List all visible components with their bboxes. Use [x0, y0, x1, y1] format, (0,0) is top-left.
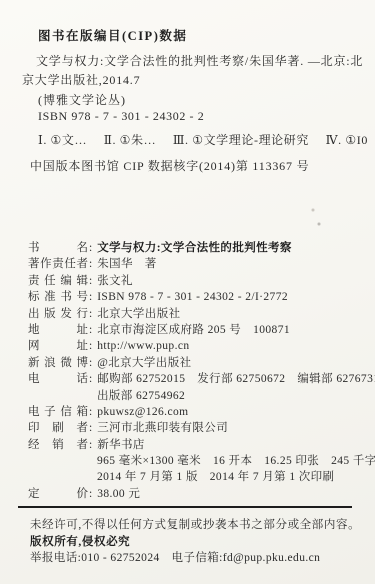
- footer-copyright-statement: 版权所有,侵权必究: [30, 533, 130, 549]
- detail-colon: :: [89, 256, 92, 272]
- detail-value: 北京大学出版社: [97, 308, 180, 320]
- detail-row-edition: 2014 年 7 月第 1 版 2014 年 7 月第 1 次印刷: [28, 469, 368, 485]
- detail-value: 新华书店: [97, 439, 145, 451]
- detail-value: 文学与权力:文学合法性的批判性考察: [97, 242, 292, 254]
- detail-row-distributor: 经销者:新华书店: [28, 437, 368, 453]
- cip-record-number: 中国版本图书馆 CIP 数据核字(2014)第 113367 号: [30, 157, 309, 174]
- cip-heading: 图书在版编目(CIP)数据: [38, 26, 187, 44]
- detail-label: 标准书号: [28, 289, 88, 305]
- detail-label: 电话: [28, 371, 88, 387]
- detail-value: 邮购部 62752015 发行部 62750672 编辑部 62767315: [97, 373, 375, 385]
- detail-colon: :: [89, 371, 92, 387]
- detail-row-publisher: 出版发行:北京大学出版社: [28, 306, 368, 322]
- copyright-page: 图书在版编目(CIP)数据 文学与权力:文学合法性的批判性考察/朱国华著. —北…: [0, 0, 375, 584]
- detail-value: 出版部 62754962: [97, 390, 185, 402]
- divider-rule: [18, 506, 352, 508]
- detail-value: ISBN 978 - 7 - 301 - 24302 - 2/I·2772: [97, 291, 288, 303]
- detail-colon: :: [89, 273, 92, 289]
- detail-row-phone-continued: 出版部 62754962: [28, 388, 368, 404]
- detail-value: 38.00 元: [97, 488, 140, 500]
- detail-value: 朱国华 著: [97, 258, 157, 270]
- detail-row-standard-isbn: 标准书号:ISBN 978 - 7 - 301 - 24302 - 2/I·27…: [28, 289, 368, 305]
- footer-permission-notice: 未经许可,不得以任何方式复制或抄袭本书之部分或全部内容。: [30, 516, 360, 532]
- detail-value: @北京大学出版社: [97, 357, 191, 369]
- detail-row-phone: 电话:邮购部 62752015 发行部 62750672 编辑部 6276731…: [28, 371, 368, 387]
- detail-label: 印刷者: [28, 420, 88, 436]
- detail-row-weibo: 新浪微博:@北京大学出版社: [28, 355, 368, 371]
- detail-label: 地址: [28, 322, 88, 338]
- detail-row-editor: 责任编辑:张文礼: [28, 273, 368, 289]
- cip-series-title: (博雅文学论丛): [38, 91, 126, 108]
- detail-label: 书名: [28, 240, 88, 256]
- cip-class-3: Ⅲ. ①文学理论-理论研究: [173, 133, 309, 147]
- detail-colon: :: [89, 486, 92, 502]
- detail-colon: :: [89, 306, 92, 322]
- cip-class-2: Ⅱ. ①朱…: [104, 133, 157, 147]
- detail-value: 张文礼: [97, 275, 133, 287]
- detail-label: 网址: [28, 338, 88, 354]
- detail-row-address: 地址:北京市海淀区成府路 205 号 100871: [28, 322, 368, 338]
- detail-row-author: 著作责任者:朱国华 著: [28, 256, 368, 272]
- detail-colon: :: [89, 289, 92, 305]
- detail-colon: :: [89, 355, 92, 371]
- detail-row-website: 网址:http://www.pup.cn: [28, 338, 368, 354]
- detail-label: 经销者: [28, 437, 88, 453]
- detail-colon: :: [89, 240, 92, 256]
- detail-row-email: 电子信箱:pkuwsz@126.com: [28, 404, 368, 420]
- detail-value: 2014 年 7 月第 1 版 2014 年 7 月第 1 次印刷: [97, 471, 334, 483]
- detail-colon: :: [89, 437, 92, 453]
- cip-class-4: Ⅳ. ①I0: [326, 133, 368, 147]
- detail-label: 出版发行: [28, 306, 88, 322]
- detail-value: 北京市海淀区成府路 205 号 100871: [97, 324, 290, 336]
- cip-classification: Ⅰ. ①文… Ⅱ. ①朱… Ⅲ. ①文学理论-理论研究 Ⅳ. ①I0: [38, 131, 368, 148]
- footer-report-contact: 举报电话:010 - 62752024 电子信箱:fd@pup.pku.edu.…: [30, 549, 320, 565]
- detail-row-format: 965 毫米×1300 毫米 16 开本 16.25 印张 245 千字: [28, 453, 368, 469]
- detail-colon: :: [89, 404, 92, 420]
- detail-colon: :: [89, 420, 92, 436]
- detail-label: 著作责任者: [28, 256, 88, 272]
- cip-description: 文学与权力:文学合法性的批判性考察/朱国华著. —北京:北京大学出版社,2014…: [22, 52, 366, 90]
- detail-value: pkuwsz@126.com: [97, 406, 188, 418]
- detail-row-price: 定价:38.00 元: [28, 486, 368, 502]
- detail-label: 电子信箱: [28, 404, 88, 420]
- detail-colon: :: [89, 322, 92, 338]
- detail-value: 965 毫米×1300 毫米 16 开本 16.25 印张 245 千字: [97, 455, 375, 467]
- detail-label: 定价: [28, 486, 88, 502]
- detail-label: 责任编辑: [28, 273, 88, 289]
- detail-row-printer: 印刷者:三河市北燕印装有限公司: [28, 420, 368, 436]
- detail-value: http://www.pup.cn: [97, 340, 189, 352]
- cip-class-1: Ⅰ. ①文…: [38, 133, 87, 147]
- detail-row-book-title: 书名:文学与权力:文学合法性的批判性考察: [28, 240, 368, 256]
- cip-isbn: ISBN 978 - 7 - 301 - 24302 - 2: [38, 109, 204, 124]
- detail-value: 三河市北燕印装有限公司: [97, 422, 228, 434]
- detail-colon: :: [89, 338, 92, 354]
- detail-label: 新浪微博: [28, 355, 88, 371]
- publication-details: 书名:文学与权力:文学合法性的批判性考察 著作责任者:朱国华 著 责任编辑:张文…: [28, 240, 368, 502]
